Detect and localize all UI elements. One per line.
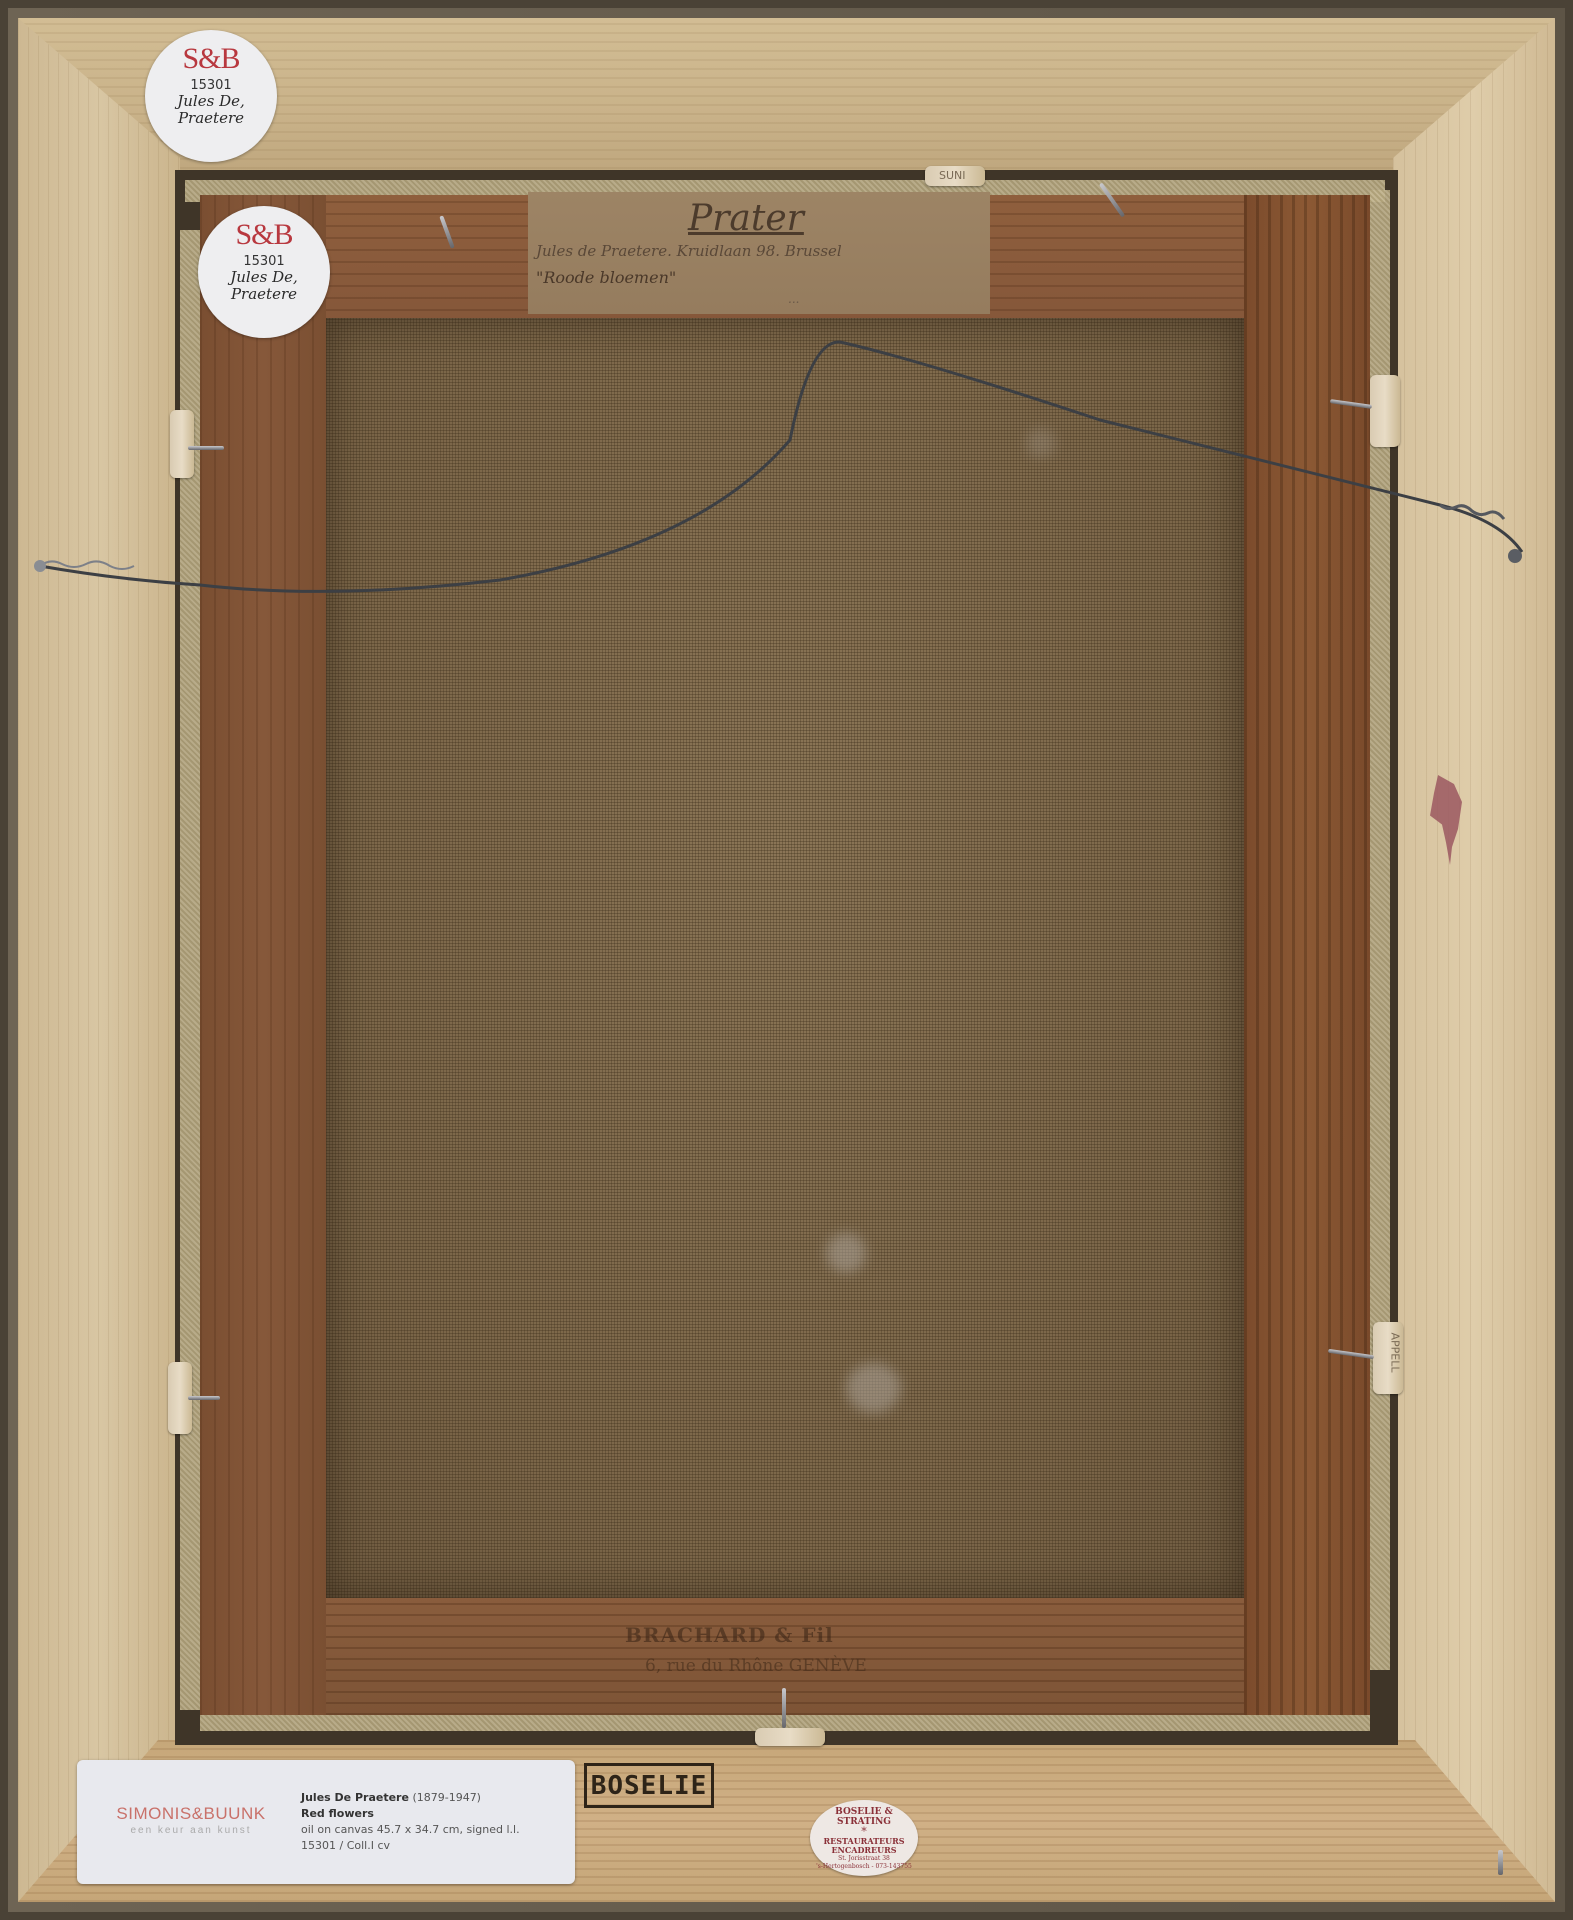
card-brand-name: SIMONIS&BUUNK	[101, 1804, 281, 1824]
simonis-buunk-logo: SIMONIS&BUUNK een keur aan kunst	[101, 1804, 281, 1836]
framer-brand-stamp: BOSELIE	[584, 1763, 714, 1808]
oval-sticker-city: 's-Hertogenbosch - 073-143755	[810, 1863, 918, 1871]
screw-eye-left	[34, 560, 46, 572]
framer-oval-sticker: BOSELIE & STRATING * RESTAURATEURS ENCAD…	[810, 1800, 918, 1876]
card-medium: oil on canvas 45.7 x 34.7 cm, signed l.l…	[301, 1822, 520, 1838]
oval-sticker-address: St. Jorisstraat 38	[810, 1855, 918, 1863]
screw-eye-right	[1508, 549, 1522, 563]
card-artist: Jules De Praetere	[301, 1791, 409, 1804]
card-brand-tagline: een keur aan kunst	[101, 1825, 281, 1836]
card-artist-years: (1879-1947)	[412, 1791, 481, 1804]
framer-stamp-text: BOSELIE	[591, 1771, 708, 1801]
card-inventory: 15301 / Coll.I cv	[301, 1838, 520, 1854]
oval-sticker-line2: ENCADREURS	[810, 1846, 918, 1855]
museum-info-card: SIMONIS&BUUNK een keur aan kunst Jules D…	[77, 1760, 575, 1884]
oval-sticker-company: BOSELIE & STRATING	[810, 1807, 918, 1827]
card-artwork-info: Jules De Praetere (1879-1947) Red flower…	[301, 1790, 520, 1854]
hanging-wire[interactable]	[0, 0, 1573, 1920]
card-artwork-title: Red flowers	[301, 1806, 520, 1822]
